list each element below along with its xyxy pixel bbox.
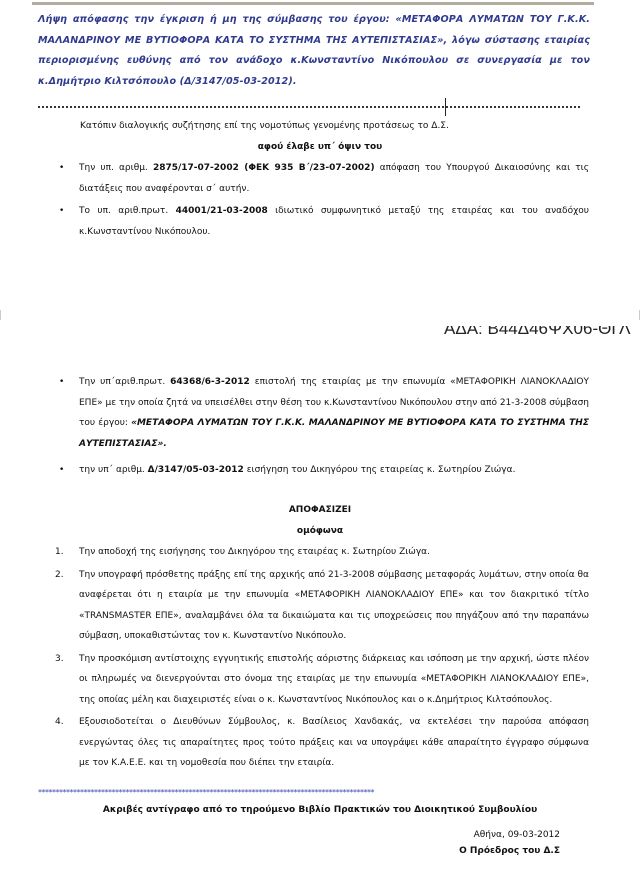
text-cursor — [445, 98, 446, 116]
considerations-list-page2: • Την υπ΄αριθ.πρωτ. 64368/6-3-2012 επιστ… — [55, 372, 589, 483]
star-separator: ****************************************… — [38, 788, 590, 798]
decides-title: ΑΠΟΦΑΣΙΖΕΙ — [0, 500, 640, 521]
decisions-list: 1.Την αποδοχή της εισήγησης του Δικηγόρο… — [55, 542, 589, 776]
considerations-list-page1: • Την υπ. αριθμ. 2875/17-07-2002 (ΦΕΚ 93… — [55, 158, 589, 244]
signature-block: Αθήνα, 09-03-2012 Ο Πρόεδρος του Δ.Σ — [420, 827, 560, 859]
consideration-item: • Την υπ΄αριθ.πρωτ. 64368/6-3-2012 επιστ… — [55, 372, 589, 454]
consideration-item: • την υπ΄ αριθμ. Δ/3147/05-03-2012 εισήγ… — [55, 460, 589, 481]
decision-item: 4. Εξουσιοδοτείται ο Διευθύνων Σύμβουλος… — [55, 712, 589, 774]
top-border — [32, 2, 594, 5]
certified-copy-note: Ακριβές αντίγραφο από το τηρούμενο Βιβλί… — [0, 800, 640, 820]
page-break-marker-left — [0, 310, 1, 320]
consideration-item: • Το υπ. αριθ.πρωτ. 44001/21-03-2008 ιδι… — [55, 201, 589, 242]
considering-title: αφού έλαβε υπ΄ όψιν του — [0, 137, 640, 158]
ada-code: ΑΔΑ: Β44Δ46ΨΧ06-ΘΓΛ — [444, 326, 631, 340]
decision-item: 2.Την υπογραφή πρόσθετης πράξης επί της … — [55, 565, 589, 647]
bullet-icon: • — [59, 372, 75, 393]
bullet-icon: • — [59, 158, 75, 179]
bullet-icon: • — [59, 201, 75, 222]
consideration-item: • Την υπ. αριθμ. 2875/17-07-2002 (ΦΕΚ 93… — [55, 158, 589, 199]
unanimous-label: ομόφωνα — [0, 521, 640, 542]
signer-title: Ο Πρόεδρος του Δ.Σ — [420, 843, 560, 859]
bullet-icon: • — [59, 460, 75, 481]
decision-item: 3.Την προσκόμιση αντίστοιχης εγγυητικής … — [55, 649, 589, 711]
decision-item: 1.Την αποδοχή της εισήγησης του Δικηγόρο… — [55, 542, 589, 563]
dotted-separator — [38, 96, 580, 108]
intro-text: Κατόπιν διαλογικής συζήτησης επί της νομ… — [80, 116, 590, 137]
place-date: Αθήνα, 09-03-2012 — [420, 827, 560, 843]
subject-heading: Λήψη απόφασης την έγκριση ή μη της σύμβα… — [38, 10, 590, 92]
